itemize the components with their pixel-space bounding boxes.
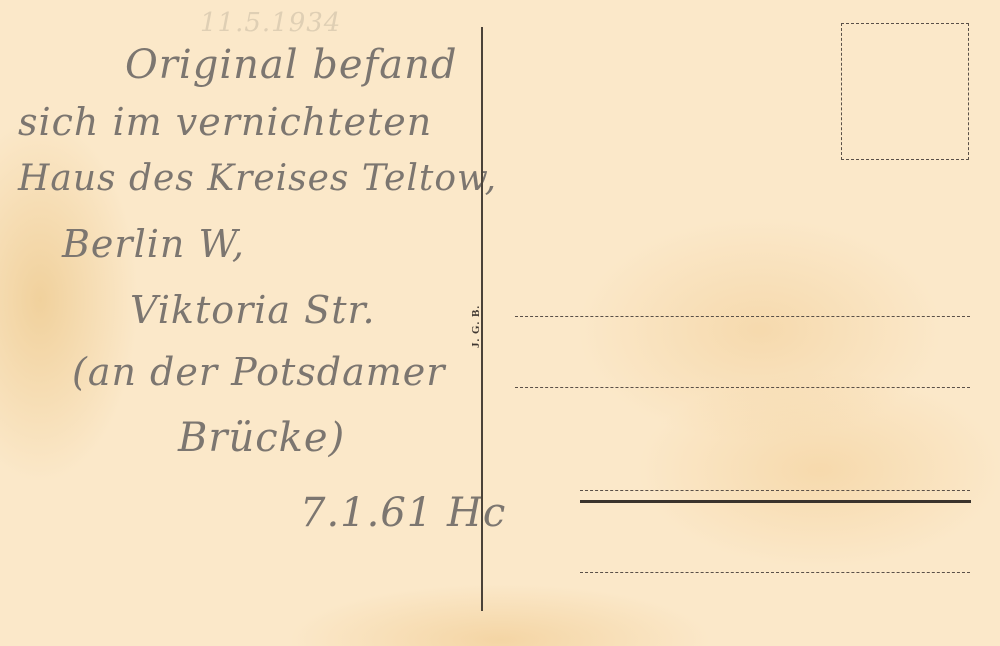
address-line-3 xyxy=(580,490,970,491)
address-line-4 xyxy=(580,572,970,573)
handwriting-line-1: Original befand xyxy=(125,42,458,88)
address-line-1 xyxy=(515,316,970,317)
handwriting-line-3: Haus des Kreises Teltow, xyxy=(18,158,497,199)
stamp-box xyxy=(841,23,969,160)
faint-date: 11.5.1934 xyxy=(200,8,341,38)
address-solid-rule xyxy=(580,500,971,503)
handwriting-line-2: sich im vernichteten xyxy=(18,100,432,144)
handwriting-line-7: Brücke) xyxy=(178,415,345,461)
handwriting-line-4: Berlin W, xyxy=(62,222,245,266)
postcard-back: 11.5.1934 Original befand sich im vernic… xyxy=(0,0,1000,646)
publisher-mark: J. G. B. xyxy=(470,278,490,348)
handwriting-line-5: Viktoria Str. xyxy=(130,288,376,332)
handwriting-line-6: (an der Potsdamer xyxy=(72,350,445,394)
address-line-2 xyxy=(515,387,970,388)
handwriting-line-8: 7.1.61 Hc xyxy=(300,490,506,536)
